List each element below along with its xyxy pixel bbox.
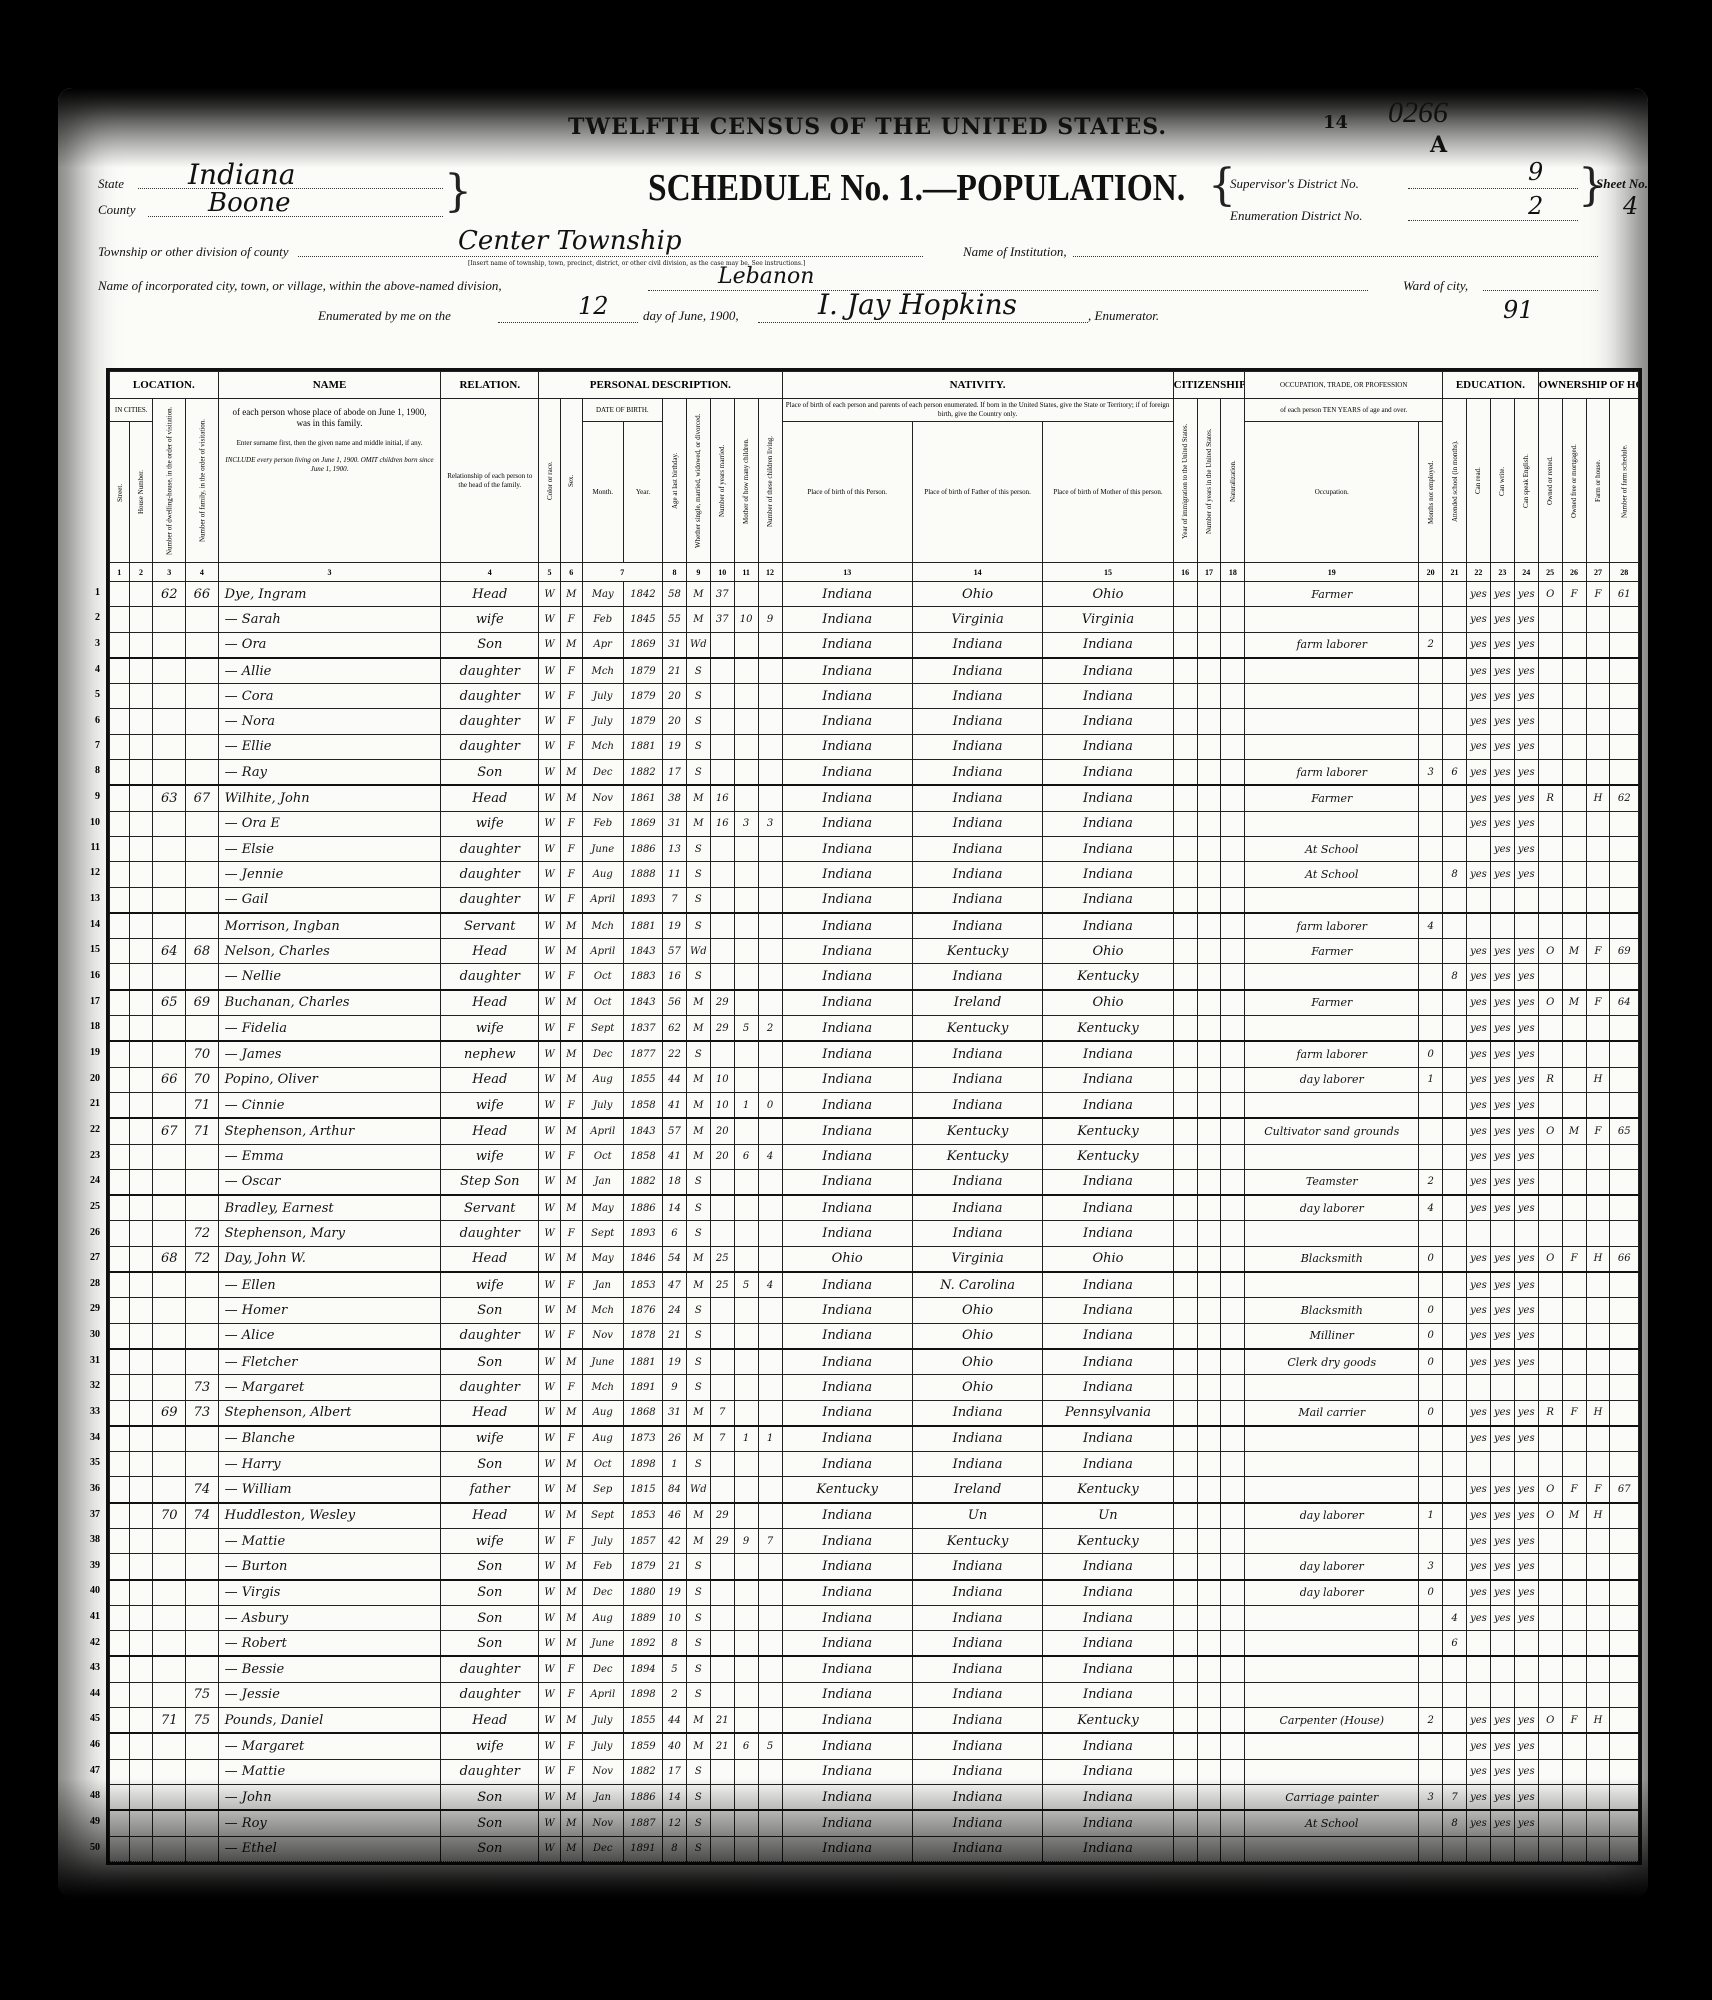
color-cell: W bbox=[539, 1246, 561, 1272]
name-cell: — Burton bbox=[218, 1554, 441, 1580]
father-birthplace-cell: Indiana bbox=[912, 1656, 1042, 1682]
owned-rented-cell bbox=[1538, 1041, 1562, 1067]
immigration-cell bbox=[1173, 582, 1197, 607]
house-number-cell bbox=[129, 582, 153, 607]
color-cell: W bbox=[539, 1477, 561, 1503]
years-married-cell bbox=[710, 939, 734, 964]
relation-cell: daughter bbox=[441, 836, 539, 861]
family-cell bbox=[186, 1733, 219, 1759]
naturalization-cell bbox=[1221, 582, 1245, 607]
row-number: 28 bbox=[80, 1278, 100, 1289]
sex-cell: F bbox=[560, 658, 582, 684]
children-living-cell bbox=[758, 990, 782, 1016]
marital-cell: M bbox=[686, 1272, 710, 1298]
birth-month-cell: Oct bbox=[582, 990, 623, 1016]
county-value: Boone bbox=[208, 188, 291, 218]
census-row: — JohnSonWMJan188614SIndianaIndianaIndia… bbox=[110, 1784, 1639, 1810]
color-cell: W bbox=[539, 607, 561, 632]
can-read-cell: yes bbox=[1466, 1400, 1490, 1426]
relation-cell: wife bbox=[441, 811, 539, 836]
years-in-us-cell bbox=[1197, 709, 1221, 734]
birthplace-cell: Indiana bbox=[782, 1836, 912, 1861]
mother-birthplace-cell: Indiana bbox=[1043, 658, 1173, 684]
months-unemployed-cell bbox=[1419, 1477, 1443, 1503]
house-number-cell bbox=[129, 1503, 153, 1529]
color-cell: W bbox=[539, 1631, 561, 1657]
color-cell: W bbox=[539, 1759, 561, 1784]
birth-year-cell: 1857 bbox=[623, 1528, 662, 1553]
naturalization-cell bbox=[1221, 1349, 1245, 1375]
owned-rented-cell bbox=[1538, 1682, 1562, 1707]
children-living-cell bbox=[758, 1041, 782, 1067]
occupation-cell: Mail carrier bbox=[1245, 1400, 1419, 1426]
farm-house-cell bbox=[1586, 887, 1610, 913]
can-read-cell: yes bbox=[1466, 760, 1490, 786]
column-number: 22 bbox=[1466, 563, 1490, 582]
row-number: 21 bbox=[1650, 1098, 1670, 1109]
house-number-cell bbox=[129, 1246, 153, 1272]
birth-month-cell: Nov bbox=[582, 1810, 623, 1836]
owned-rented-cell bbox=[1538, 1092, 1562, 1118]
name-header: NAME bbox=[218, 372, 441, 399]
school-months-cell bbox=[1443, 684, 1467, 709]
farm-schedule-cell bbox=[1610, 709, 1639, 734]
marital-cell: S bbox=[686, 1554, 710, 1580]
owned-rented-cell bbox=[1538, 1349, 1562, 1375]
sex-cell: M bbox=[560, 1195, 582, 1221]
farm-schedule-cell bbox=[1610, 1554, 1639, 1580]
naturalization-cell bbox=[1221, 1503, 1245, 1529]
years-married-cell bbox=[710, 760, 734, 786]
mother-of-cell bbox=[734, 1323, 758, 1349]
owned-rented-cell bbox=[1538, 964, 1562, 990]
row-number: 19 bbox=[80, 1047, 100, 1058]
birth-year-cell: 1892 bbox=[623, 1631, 662, 1657]
family-cell bbox=[186, 1759, 219, 1784]
can-write-cell: yes bbox=[1490, 684, 1514, 709]
street-cell bbox=[110, 709, 130, 734]
immigration-cell bbox=[1173, 939, 1197, 964]
sex-cell: M bbox=[560, 1118, 582, 1144]
immigration-cell bbox=[1173, 1169, 1197, 1195]
family-cell: 72 bbox=[186, 1221, 219, 1246]
free-mortgaged-cell: M bbox=[1562, 1118, 1586, 1144]
occupation-col-header: Occupation. bbox=[1245, 422, 1419, 563]
free-mortgaged-cell bbox=[1562, 1092, 1586, 1118]
relation-cell: wife bbox=[441, 607, 539, 632]
name-cell: — Jennie bbox=[218, 862, 441, 887]
marital-cell: S bbox=[686, 1323, 710, 1349]
children-living-cell bbox=[758, 1554, 782, 1580]
naturalization-cell bbox=[1221, 1656, 1245, 1682]
years-in-us-cell bbox=[1197, 1759, 1221, 1784]
birth-month-cell: May bbox=[582, 1195, 623, 1221]
house-number-cell bbox=[129, 913, 153, 939]
farm-schedule-cell bbox=[1610, 1169, 1639, 1195]
immigration-cell bbox=[1173, 1836, 1197, 1861]
years-in-us-cell bbox=[1197, 887, 1221, 913]
can-speak-english-cell: yes bbox=[1514, 1195, 1538, 1221]
family-cell: 70 bbox=[186, 1041, 219, 1067]
months-unemployed-cell bbox=[1419, 1759, 1443, 1784]
children-living-cell bbox=[758, 862, 782, 887]
can-write-cell: yes bbox=[1490, 1477, 1514, 1503]
father-birthplace-cell: Indiana bbox=[912, 1221, 1042, 1246]
marital-cell: M bbox=[686, 1528, 710, 1553]
supervisor-line bbox=[1408, 188, 1578, 189]
dwelling-cell bbox=[153, 1144, 186, 1169]
farm-house-cell: F bbox=[1586, 990, 1610, 1016]
color-cell: W bbox=[539, 862, 561, 887]
column-number: 5 bbox=[539, 563, 561, 582]
birth-month-cell: Aug bbox=[582, 1400, 623, 1426]
can-write-cell: yes bbox=[1490, 1016, 1514, 1042]
row-number: 16 bbox=[80, 970, 100, 981]
county-line bbox=[148, 216, 443, 217]
immigration-cell bbox=[1173, 1554, 1197, 1580]
children-living-cell bbox=[758, 1580, 782, 1606]
years-married-cell bbox=[710, 1041, 734, 1067]
birth-year-cell: 1842 bbox=[623, 582, 662, 607]
relation-cell: daughter bbox=[441, 887, 539, 913]
dwelling-cell bbox=[153, 913, 186, 939]
house-number-cell bbox=[129, 1656, 153, 1682]
row-number: 4 bbox=[80, 664, 100, 675]
can-speak-english-cell: yes bbox=[1514, 1272, 1538, 1298]
months-unemployed-cell: 0 bbox=[1419, 1323, 1443, 1349]
naturalization-cell bbox=[1221, 607, 1245, 632]
sex-cell: F bbox=[560, 836, 582, 861]
dwelling-cell bbox=[153, 836, 186, 861]
mother-birthplace-cell: Indiana bbox=[1043, 1554, 1173, 1580]
years-married-cell bbox=[710, 1810, 734, 1836]
row-number: 9 bbox=[80, 791, 100, 802]
sex-cell: F bbox=[560, 1426, 582, 1452]
father-birthplace-cell: Indiana bbox=[912, 811, 1042, 836]
census-row: — CoradaughterWFJuly187920SIndianaIndian… bbox=[110, 684, 1639, 709]
school-months-cell bbox=[1443, 1016, 1467, 1042]
owned-rented-cell: O bbox=[1538, 1118, 1562, 1144]
name-cell: — Gail bbox=[218, 887, 441, 913]
marital-cell: S bbox=[686, 913, 710, 939]
months-unemployed-cell bbox=[1419, 1426, 1443, 1452]
township-line bbox=[298, 256, 923, 257]
street-cell bbox=[110, 1708, 130, 1734]
naturalization-cell bbox=[1221, 836, 1245, 861]
name-cell: — Alice bbox=[218, 1323, 441, 1349]
naturalization-cell bbox=[1221, 1092, 1245, 1118]
house-number-cell bbox=[129, 1375, 153, 1400]
family-cell bbox=[186, 1784, 219, 1810]
years-married-cell bbox=[710, 1784, 734, 1810]
mother-birthplace-cell: Indiana bbox=[1043, 1323, 1173, 1349]
sex-cell: F bbox=[560, 811, 582, 836]
house-number-cell bbox=[129, 836, 153, 861]
occupation-cell bbox=[1245, 1656, 1419, 1682]
family-cell: 69 bbox=[186, 990, 219, 1016]
can-speak-english-cell: yes bbox=[1514, 1605, 1538, 1630]
relation-cell: Head bbox=[441, 1118, 539, 1144]
age-cell: 11 bbox=[663, 862, 687, 887]
sex-cell: M bbox=[560, 1784, 582, 1810]
years-married-cell bbox=[710, 1169, 734, 1195]
can-write-cell: yes bbox=[1490, 1528, 1514, 1553]
name-subheader: of each person whose place of abode on J… bbox=[218, 399, 441, 563]
mother-birthplace-cell: Indiana bbox=[1043, 1580, 1173, 1606]
column-number: 8 bbox=[663, 563, 687, 582]
naturalization-cell bbox=[1221, 1118, 1245, 1144]
mother-birthplace-cell: Ohio bbox=[1043, 582, 1173, 607]
father-birthplace-cell: Indiana bbox=[912, 1631, 1042, 1657]
row-number: 50 bbox=[80, 1842, 100, 1853]
can-speak-english-cell: yes bbox=[1514, 1041, 1538, 1067]
school-months-cell bbox=[1443, 939, 1467, 964]
farm-house-cell: H bbox=[1586, 785, 1610, 811]
owned-rented-cell bbox=[1538, 1272, 1562, 1298]
color-cell: W bbox=[539, 1580, 561, 1606]
row-number: 5 bbox=[80, 689, 100, 700]
owned-rented-cell bbox=[1538, 1298, 1562, 1323]
can-write-cell: yes bbox=[1490, 1041, 1514, 1067]
free-mortgaged-cell bbox=[1562, 1221, 1586, 1246]
naturalization-cell bbox=[1221, 1246, 1245, 1272]
occupation-cell: Clerk dry goods bbox=[1245, 1349, 1419, 1375]
birth-month-cell: Sept bbox=[582, 1016, 623, 1042]
birthplace-cell: Indiana bbox=[782, 1426, 912, 1452]
farm-house-cell bbox=[1586, 1759, 1610, 1784]
color-cell: W bbox=[539, 836, 561, 861]
sheet-label: Sheet No. bbox=[1596, 176, 1648, 192]
naturalization-cell bbox=[1221, 887, 1245, 913]
farm-schedule-cell bbox=[1610, 734, 1639, 759]
birth-month-cell: Jan bbox=[582, 1272, 623, 1298]
street-cell bbox=[110, 1169, 130, 1195]
street-cell bbox=[110, 1759, 130, 1784]
years-married-cell bbox=[710, 887, 734, 913]
birth-year-cell: 1868 bbox=[623, 1400, 662, 1426]
years-in-us-cell bbox=[1197, 836, 1221, 861]
row-number: 8 bbox=[1650, 765, 1670, 776]
can-speak-english-cell bbox=[1514, 1221, 1538, 1246]
birth-year-cell: 1878 bbox=[623, 1323, 662, 1349]
free-mortgaged-cell bbox=[1562, 1784, 1586, 1810]
birth-month-cell: Dec bbox=[582, 760, 623, 786]
immigration-year-header: Year of immigration to the United States… bbox=[1173, 399, 1197, 563]
can-write-cell bbox=[1490, 913, 1514, 939]
occupation-cell bbox=[1245, 684, 1419, 709]
birth-month-cell: May bbox=[582, 582, 623, 607]
color-cell: W bbox=[539, 939, 561, 964]
children-living-cell bbox=[758, 1477, 782, 1503]
owned-rented-cell bbox=[1538, 632, 1562, 658]
father-birthplace-cell: Ireland bbox=[912, 1477, 1042, 1503]
enumerated-prefix: Enumerated by me on the bbox=[318, 308, 451, 324]
name-cell: — Nora bbox=[218, 709, 441, 734]
row-number: 39 bbox=[80, 1560, 100, 1571]
row-number: 11 bbox=[1650, 842, 1670, 853]
occupation-cell bbox=[1245, 1144, 1419, 1169]
house-number-header: House Number. bbox=[129, 422, 153, 563]
ward-label: Ward of city, bbox=[1403, 278, 1468, 294]
can-read-cell: yes bbox=[1466, 684, 1490, 709]
children-living-cell bbox=[758, 1375, 782, 1400]
father-birthplace-cell: Indiana bbox=[912, 1452, 1042, 1477]
children-living-cell bbox=[758, 887, 782, 913]
census-row: — OraSonWMApr186931WdIndianaIndianaIndia… bbox=[110, 632, 1639, 658]
farm-house-cell: H bbox=[1586, 1400, 1610, 1426]
occupation-cell: Farmer bbox=[1245, 582, 1419, 607]
census-row: 6569Buchanan, CharlesHeadWMOct184356M29I… bbox=[110, 990, 1639, 1016]
age-cell: 19 bbox=[663, 913, 687, 939]
years-in-us-cell bbox=[1197, 811, 1221, 836]
months-unemployed-cell: 0 bbox=[1419, 1400, 1443, 1426]
farm-schedule-cell bbox=[1610, 1349, 1639, 1375]
birthplace-cell: Indiana bbox=[782, 1195, 912, 1221]
farm-house-cell: F bbox=[1586, 939, 1610, 964]
can-speak-english-cell: yes bbox=[1514, 1246, 1538, 1272]
sex-cell: M bbox=[560, 582, 582, 607]
color-cell: W bbox=[539, 913, 561, 939]
row-number: 30 bbox=[1650, 1329, 1670, 1340]
immigration-cell bbox=[1173, 1323, 1197, 1349]
free-mortgaged-cell bbox=[1562, 1323, 1586, 1349]
years-in-us-cell bbox=[1197, 1580, 1221, 1606]
sex-cell: M bbox=[560, 1477, 582, 1503]
free-mortgaged-cell bbox=[1562, 1041, 1586, 1067]
farm-house-cell bbox=[1586, 734, 1610, 759]
birthplace-cell: Indiana bbox=[782, 939, 912, 964]
street-cell bbox=[110, 1503, 130, 1529]
mother-birthplace-cell: Kentucky bbox=[1043, 1118, 1173, 1144]
children-living-cell bbox=[758, 1810, 782, 1836]
color-cell: W bbox=[539, 811, 561, 836]
name-cell: — Virgis bbox=[218, 1580, 441, 1606]
months-unemployed-cell bbox=[1419, 1810, 1443, 1836]
county-label: County bbox=[98, 202, 136, 218]
farm-schedule-cell bbox=[1610, 836, 1639, 861]
census-row: — SarahwifeWFFeb184555M37109IndianaVirgi… bbox=[110, 607, 1639, 632]
months-unemployed-cell bbox=[1419, 1118, 1443, 1144]
name-cell: Pounds, Daniel bbox=[218, 1708, 441, 1734]
immigration-cell bbox=[1173, 1708, 1197, 1734]
township-label: Township or other division of county bbox=[98, 244, 289, 260]
row-number: 38 bbox=[1650, 1534, 1670, 1545]
street-cell bbox=[110, 1656, 130, 1682]
father-birthplace-cell: Indiana bbox=[912, 632, 1042, 658]
age-cell: 19 bbox=[663, 1349, 687, 1375]
name-cell: — Sarah bbox=[218, 607, 441, 632]
census-row: — AsburySonWMAug188910SIndianaIndianaInd… bbox=[110, 1605, 1639, 1630]
dwelling-cell bbox=[153, 1554, 186, 1580]
in-cities-header: IN CITIES. bbox=[110, 399, 153, 422]
mother-birthplace-cell: Indiana bbox=[1043, 1272, 1173, 1298]
occupation-cell bbox=[1245, 734, 1419, 759]
marital-cell: S bbox=[686, 887, 710, 913]
farm-schedule-cell bbox=[1610, 1759, 1639, 1784]
can-write-cell: yes bbox=[1490, 632, 1514, 658]
mother-birthplace-cell: Indiana bbox=[1043, 1169, 1173, 1195]
can-speak-english-cell bbox=[1514, 1836, 1538, 1861]
census-row: — FletcherSonWMJune188119SIndianaOhioInd… bbox=[110, 1349, 1639, 1375]
dwelling-cell: 65 bbox=[153, 990, 186, 1016]
name-cell: — John bbox=[218, 1784, 441, 1810]
immigration-cell bbox=[1173, 709, 1197, 734]
can-speak-english-cell: yes bbox=[1514, 1733, 1538, 1759]
row-number: 13 bbox=[1650, 893, 1670, 904]
dwelling-cell bbox=[153, 1169, 186, 1195]
birth-year-cell: 1879 bbox=[623, 658, 662, 684]
birth-month-cell: July bbox=[582, 1528, 623, 1553]
row-number: 40 bbox=[1650, 1585, 1670, 1596]
marital-cell: M bbox=[686, 785, 710, 811]
birthplace-cell: Indiana bbox=[782, 964, 912, 990]
age-cell: 55 bbox=[663, 607, 687, 632]
birth-month-cell: Nov bbox=[582, 785, 623, 811]
can-speak-english-cell: yes bbox=[1514, 836, 1538, 861]
years-in-us-cell bbox=[1197, 1092, 1221, 1118]
mother-of-cell bbox=[734, 734, 758, 759]
owned-rented-cell bbox=[1538, 1836, 1562, 1861]
birth-year-cell: 1876 bbox=[623, 1298, 662, 1323]
census-row: 7175Pounds, DanielHeadWMJuly185544M21Ind… bbox=[110, 1708, 1639, 1734]
age-cell: 14 bbox=[663, 1195, 687, 1221]
farm-house-cell bbox=[1586, 1272, 1610, 1298]
birth-year-cell: 1880 bbox=[623, 1580, 662, 1606]
birthplace-cell: Indiana bbox=[782, 1605, 912, 1630]
months-unemployed-cell bbox=[1419, 1836, 1443, 1861]
sex-cell: M bbox=[560, 1169, 582, 1195]
children-living-cell bbox=[758, 1708, 782, 1734]
color-cell: W bbox=[539, 1016, 561, 1042]
row-number: 8 bbox=[80, 765, 100, 776]
free-mortgaged-cell bbox=[1562, 1144, 1586, 1169]
street-cell bbox=[110, 1118, 130, 1144]
years-married-cell bbox=[710, 632, 734, 658]
row-number: 50 bbox=[1650, 1842, 1670, 1853]
months-unemployed-cell bbox=[1419, 1375, 1443, 1400]
father-birthplace-cell: Virginia bbox=[912, 1246, 1042, 1272]
dwelling-cell bbox=[153, 1682, 186, 1707]
row-number: 17 bbox=[1650, 996, 1670, 1007]
father-birthplace-cell: Indiana bbox=[912, 1195, 1042, 1221]
owned-rented-cell bbox=[1538, 836, 1562, 861]
row-number: 15 bbox=[80, 944, 100, 955]
can-speak-english-cell: yes bbox=[1514, 964, 1538, 990]
can-read-cell bbox=[1466, 1631, 1490, 1657]
family-cell bbox=[186, 1656, 219, 1682]
sex-cell: M bbox=[560, 760, 582, 786]
column-number: 14 bbox=[912, 563, 1042, 582]
owned-rented-cell: O bbox=[1538, 1246, 1562, 1272]
age-cell: 13 bbox=[663, 836, 687, 861]
enumeration-label: Enumeration District No. bbox=[1230, 208, 1363, 224]
years-in-us-cell bbox=[1197, 1375, 1221, 1400]
farm-schedule-cell bbox=[1610, 1784, 1639, 1810]
dwelling-cell bbox=[153, 734, 186, 759]
relation-cell: wife bbox=[441, 1528, 539, 1553]
marital-cell: S bbox=[686, 964, 710, 990]
can-speak-english-cell: yes bbox=[1514, 1759, 1538, 1784]
immigration-cell bbox=[1173, 1477, 1197, 1503]
relation-cell: daughter bbox=[441, 1375, 539, 1400]
farm-schedule-cell: 62 bbox=[1610, 785, 1639, 811]
years-married-cell bbox=[710, 964, 734, 990]
years-in-us-cell bbox=[1197, 1349, 1221, 1375]
free-mortgaged-cell bbox=[1562, 1272, 1586, 1298]
dwelling-cell bbox=[153, 1016, 186, 1042]
months-unemployed-cell bbox=[1419, 1272, 1443, 1298]
school-months-cell bbox=[1443, 1169, 1467, 1195]
